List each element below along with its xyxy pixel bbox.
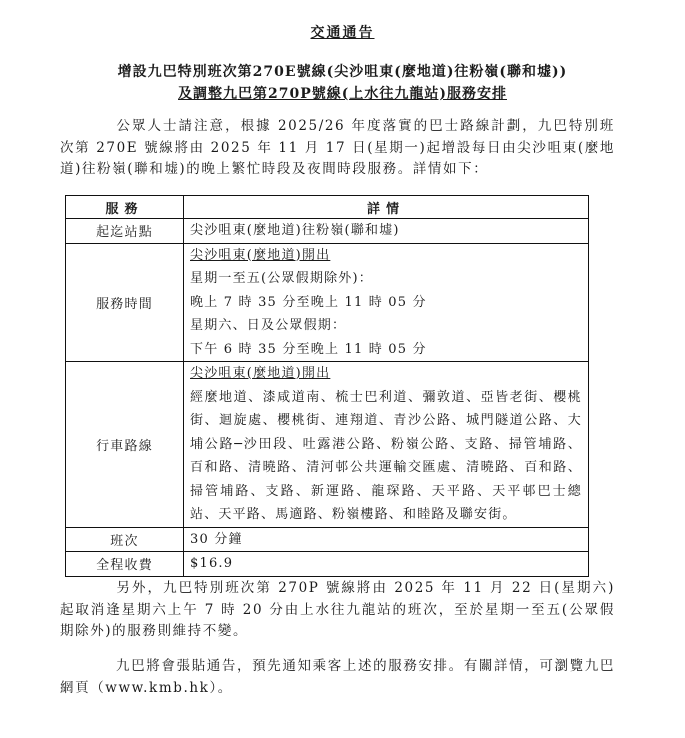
route-270p-text: 另外，九巴特別班次第 270P 號線將由 2025 年 11 月 22 日(星期… (60, 580, 615, 639)
departure-subheading: 尖沙咀東(麼地道)開出 (190, 362, 582, 386)
hours-line: 星期一至五(公眾假期除外)： (190, 267, 582, 291)
headline-line-2: 及調整九巴第270P號線(上水往九龍站)服務安排 (0, 83, 685, 103)
table-row-service-hours: 服務時間 尖沙咀東(麼地道)開出 星期一至五(公眾假期除外)： 晚上 7 時 3… (66, 243, 589, 362)
notice-title: 交通通告 (0, 22, 685, 42)
header-details: 詳情 (184, 196, 589, 219)
row-detail: 30 分鐘 (184, 527, 589, 552)
contact-text: 九巴將會張貼通告，預先通知乘客上述的服務安排。有關詳情，可瀏覽九巴網頁（www.… (60, 658, 615, 696)
row-detail: 尖沙咀東(麼地道)開出 星期一至五(公眾假期除外)： 晚上 7 時 35 分至晚… (184, 243, 589, 362)
table-row-routing: 行車路線 尖沙咀東(麼地道)開出 經麼地道、漆咸道南、梳士巴利道、彌敦道、亞皆老… (66, 362, 589, 528)
intro-paragraph: 公眾人士請注意，根據 2025/26 年度落實的巴士路線計劃，九巴特別班次第 2… (60, 116, 615, 181)
row-label: 起迄站點 (66, 219, 184, 244)
headline-line-1: 增設九巴特別班次第270E號線(尖沙咀東(麼地道)往粉嶺(聯和墟)) (0, 61, 685, 81)
notice-title-text: 交通通告 (311, 25, 375, 41)
table-row-termini: 起迄站點 尖沙咀東(麼地道)往粉嶺(聯和墟) (66, 219, 589, 244)
headline-line-2-text: 及調整九巴第270P號線(上水往九龍站)服務安排 (178, 86, 507, 102)
row-label: 服務時間 (66, 243, 184, 362)
service-details-table: 服務 詳情 起迄站點 尖沙咀東(麼地道)往粉嶺(聯和墟) 服務時間 尖沙咀東(麼… (65, 195, 589, 577)
table-row-fare: 全程收費 $16.9 (66, 552, 589, 577)
header-service: 服務 (66, 196, 184, 219)
contact-paragraph: 九巴將會張貼通告，預先通知乘客上述的服務安排。有關詳情，可瀏覽九巴網頁（www.… (60, 656, 615, 699)
hours-line: 下午 6 時 35 分至晚上 11 時 05 分 (190, 338, 582, 362)
route-270p-paragraph: 另外，九巴特別班次第 270P 號線將由 2025 年 11 月 22 日(星期… (60, 578, 615, 643)
intro-text: 公眾人士請注意，根據 2025/26 年度落實的巴士路線計劃，九巴特別班次第 2… (60, 118, 615, 177)
row-detail: 尖沙咀東(麼地道)開出 經麼地道、漆咸道南、梳士巴利道、彌敦道、亞皆老街、櫻桃街… (184, 362, 589, 528)
row-label: 行車路線 (66, 362, 184, 528)
hours-line: 晚上 7 時 35 分至晚上 11 時 05 分 (190, 291, 582, 315)
table-row-frequency: 班次 30 分鐘 (66, 527, 589, 552)
row-detail: $16.9 (184, 552, 589, 577)
row-detail: 尖沙咀東(麼地道)往粉嶺(聯和墟) (184, 219, 589, 244)
hours-line: 星期六、日及公眾假期： (190, 314, 582, 338)
route-text: 經麼地道、漆咸道南、梳士巴利道、彌敦道、亞皆老街、櫻桃街、迴旋處、櫻桃街、連翔道… (190, 386, 582, 527)
departure-subheading: 尖沙咀東(麼地道)開出 (190, 244, 582, 268)
table-header-row: 服務 詳情 (66, 196, 589, 219)
row-label: 班次 (66, 527, 184, 552)
row-label: 全程收費 (66, 552, 184, 577)
